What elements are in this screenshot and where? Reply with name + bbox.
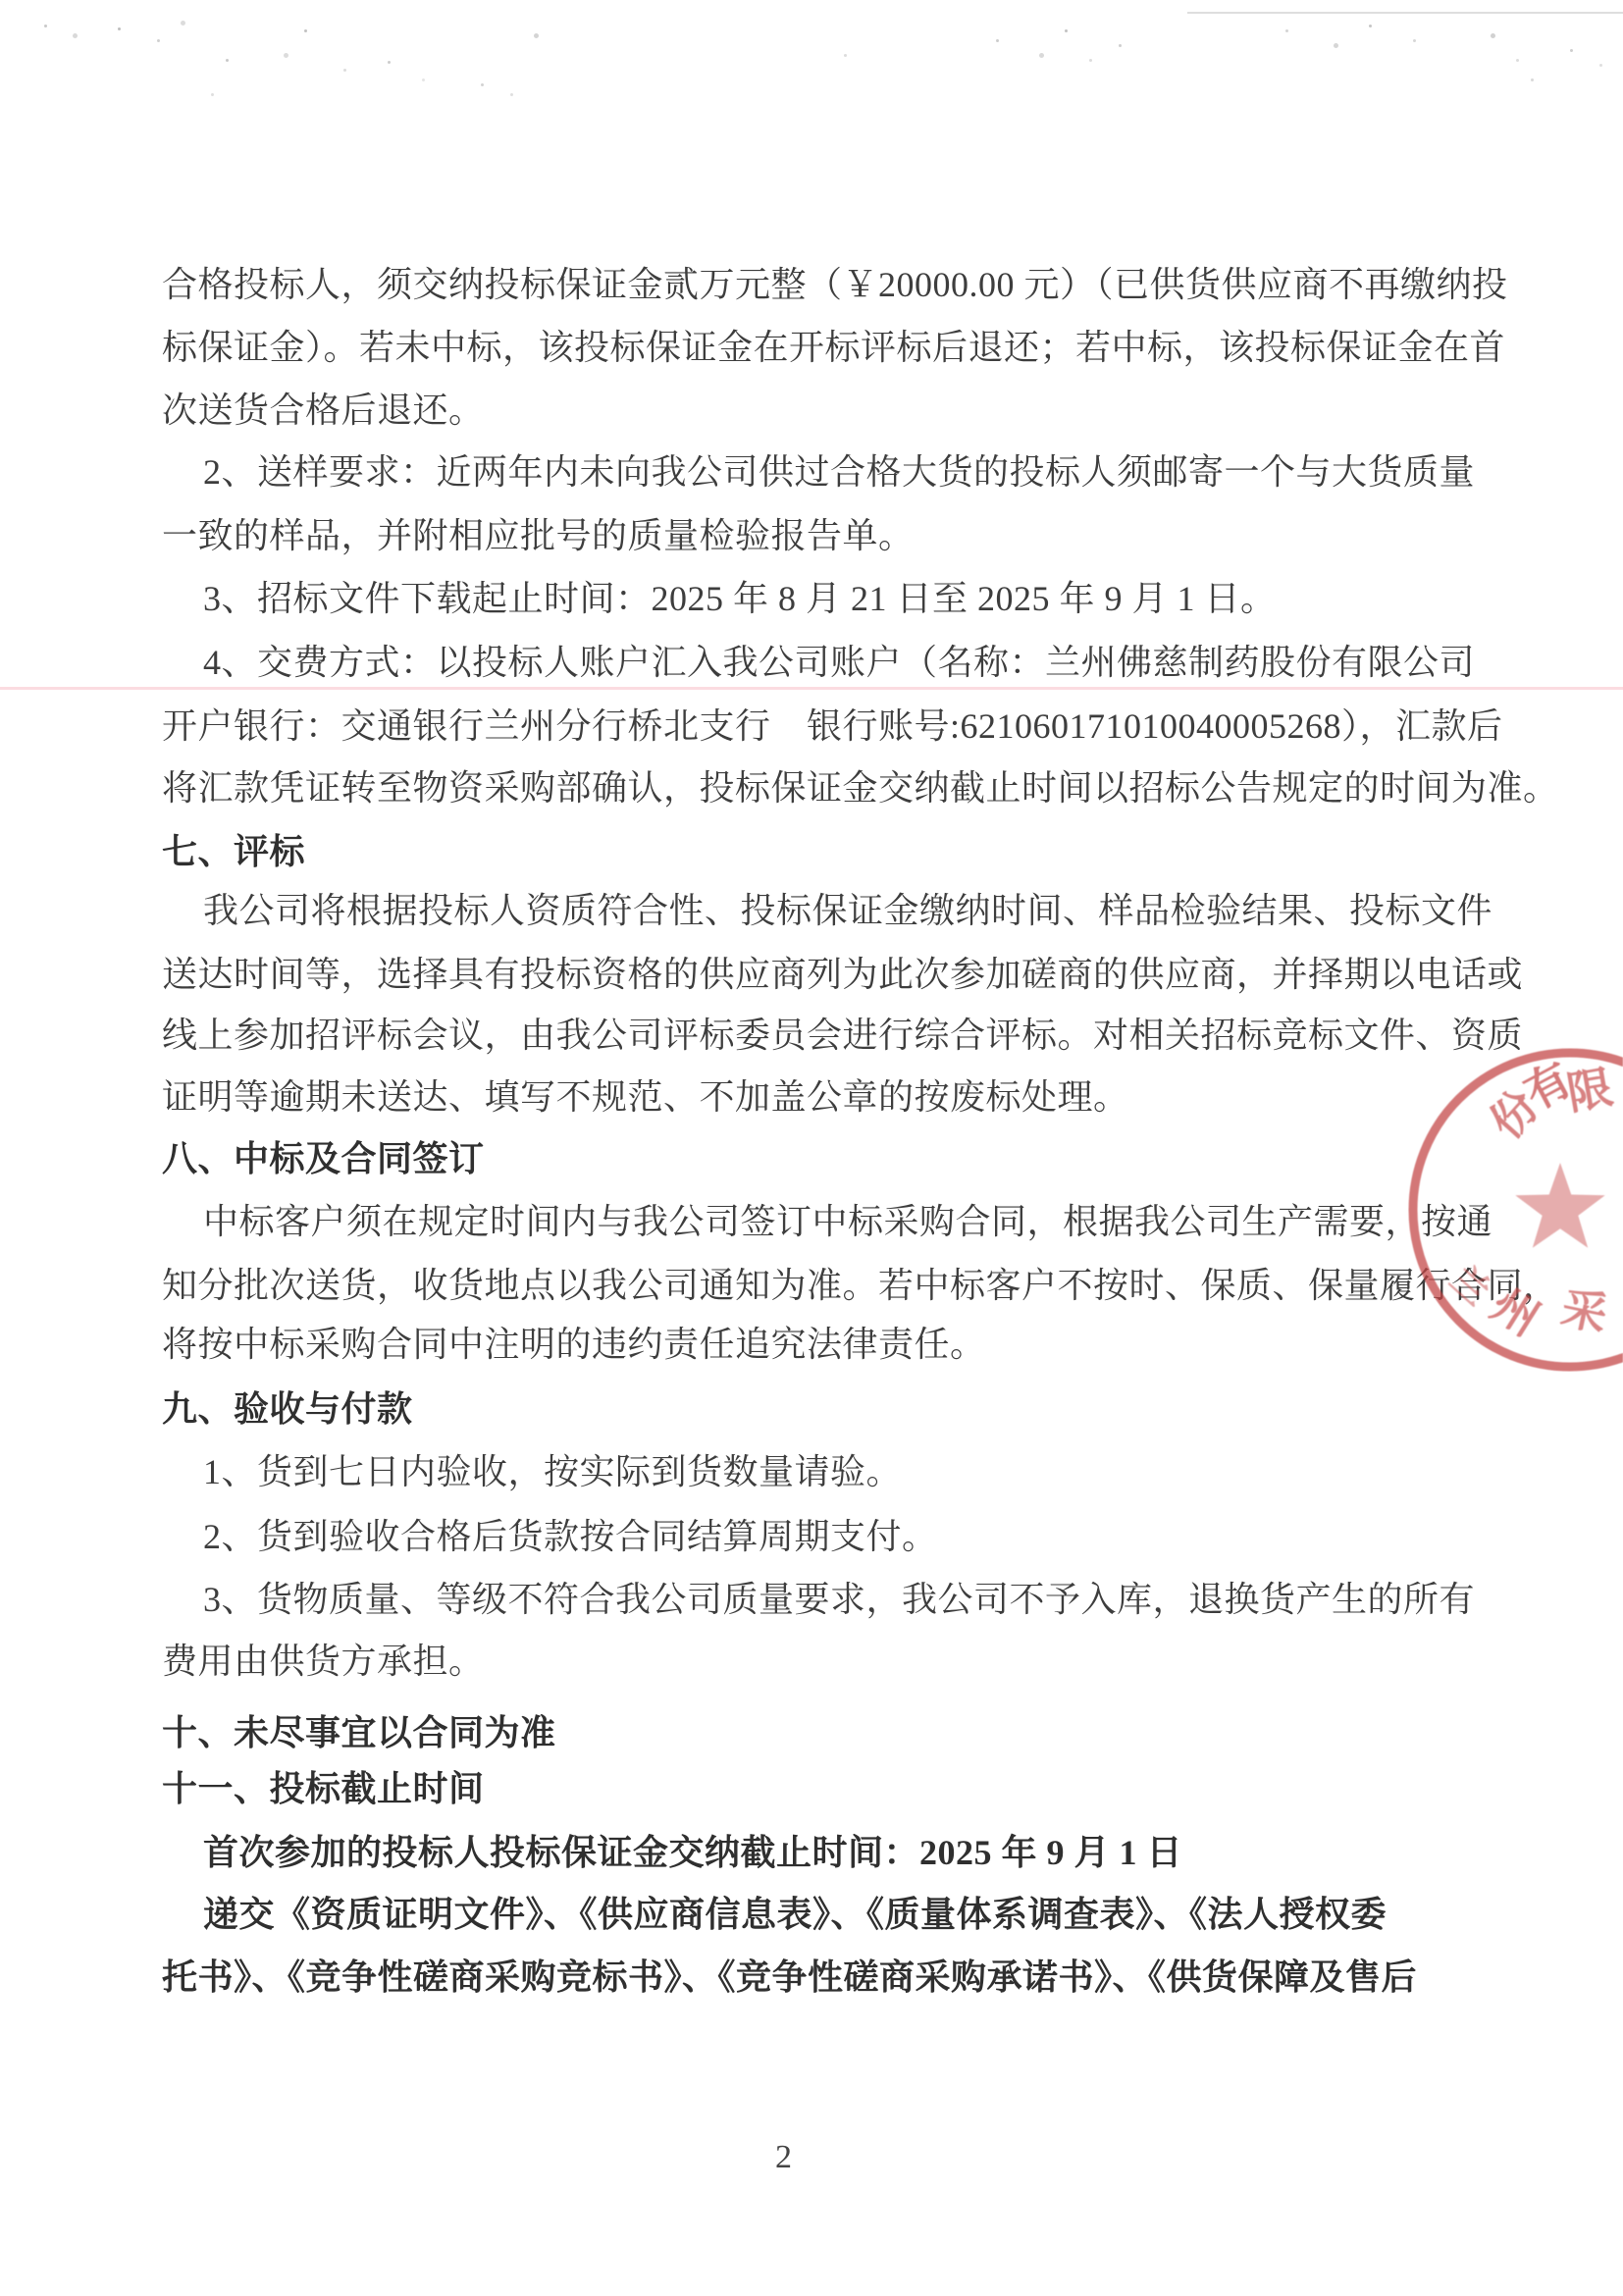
seal-char: 限 bbox=[1563, 1062, 1616, 1119]
seal-char: 采 bbox=[1557, 1282, 1612, 1340]
body-line: 3、货物质量、等级不符合我公司质量要求，我公司不予入库，退换货产生的所有 bbox=[203, 1577, 1475, 1622]
body-line: 1、货到七日内验收，按实际到货数量请验。 bbox=[203, 1449, 902, 1494]
section-heading: 十一、投标截止时间 bbox=[162, 1766, 485, 1811]
body-line: 托书》、《竞争性磋商采购竞标书》、《竞争性磋商采购承诺书》、《供货保障及售后 bbox=[162, 1955, 1417, 2000]
body-line: 次送货合格后退还。 bbox=[162, 388, 485, 433]
body-line: 4、交费方式：以投标人账户汇入我公司账户（名称：兰州佛慈制药股份有限公司 bbox=[203, 640, 1475, 685]
body-line: 证明等逾期未送达、填写不规范、不加盖公章的按废标处理。 bbox=[162, 1074, 1129, 1120]
body-line: 将按中标采购合同中注明的违约责任追究法律责任。 bbox=[162, 1322, 986, 1367]
seal-star-icon bbox=[1515, 1163, 1604, 1248]
seal-char: 州 bbox=[1483, 1278, 1547, 1345]
body-line: 开户银行：交通银行兰州分行桥北支行 银行账号:62106017101004000… bbox=[162, 704, 1503, 749]
body-line: 递交《资质证明文件》、《供应商信息表》、《质量体系调查表》、《法人授权委 bbox=[203, 1892, 1387, 1937]
body-line: 费用由供货方承担。 bbox=[162, 1639, 485, 1684]
section-heading: 七、评标 bbox=[162, 829, 305, 874]
section-heading: 八、中标及合同签订 bbox=[162, 1136, 485, 1181]
company-seal-stamp: 份 有 限 兰 州 采 bbox=[1403, 1020, 1623, 1399]
body-line: 2、货到验收合格后货款按合同结算周期支付。 bbox=[203, 1514, 938, 1559]
body-line: 将汇款凭证转至物资采购部确认，投标保证金交纳截止时间以招标公告规定的时间为准。 bbox=[162, 765, 1559, 810]
scan-noise-speckles bbox=[0, 0, 3, 3]
section-heading: 十、未尽事宜以合同为准 bbox=[162, 1710, 556, 1755]
body-line: 3、招标文件下载起止时间：2025 年 8 月 21 日至 2025 年 9 月… bbox=[203, 576, 1277, 621]
body-line: 我公司将根据投标人资质符合性、投标保证金缴纳时间、样品检验结果、投标文件 bbox=[203, 888, 1492, 933]
page-number: 2 bbox=[775, 2139, 792, 2176]
body-line: 合格投标人，须交纳投标保证金贰万元整（￥20000.00 元）（已供货供应商不再… bbox=[162, 262, 1508, 307]
body-line: 标保证金）。若未中标，该投标保证金在开标评标后退还；若中标，该投标保证金在首 bbox=[162, 325, 1505, 370]
body-line: 知分批次送货，收货地点以我公司通知为准。若中标客户不按时、保质、保量履行合同， bbox=[162, 1263, 1559, 1308]
body-line: 线上参加招评标会议，由我公司评标委员会进行综合评标。对相关招标竞标文件、资质 bbox=[162, 1013, 1523, 1058]
body-line: 送达时间等，选择具有投标资格的供应商列为此次参加磋商的供应商，并择期以电话或 bbox=[162, 952, 1523, 997]
body-line: 2、送样要求：近两年内未向我公司供过合格大货的投标人须邮寄一个与大货质量 bbox=[203, 449, 1475, 495]
section-heading: 九、验收与付款 bbox=[162, 1386, 413, 1432]
scan-artifact-pink-line bbox=[0, 687, 1623, 690]
scan-artifact-gray-line bbox=[1187, 12, 1623, 14]
body-line: 一致的样品，并附相应批号的质量检验报告单。 bbox=[162, 513, 915, 558]
body-line: 首次参加的投标人投标保证金交纳截止时间：2025 年 9 月 1 日 bbox=[203, 1830, 1182, 1875]
body-line: 中标客户须在规定时间内与我公司签订中标采购合同，根据我公司生产需要，按通 bbox=[203, 1199, 1492, 1244]
document-page: 合格投标人，须交纳投标保证金贰万元整（￥20000.00 元）（已供货供应商不再… bbox=[0, 0, 1623, 2296]
